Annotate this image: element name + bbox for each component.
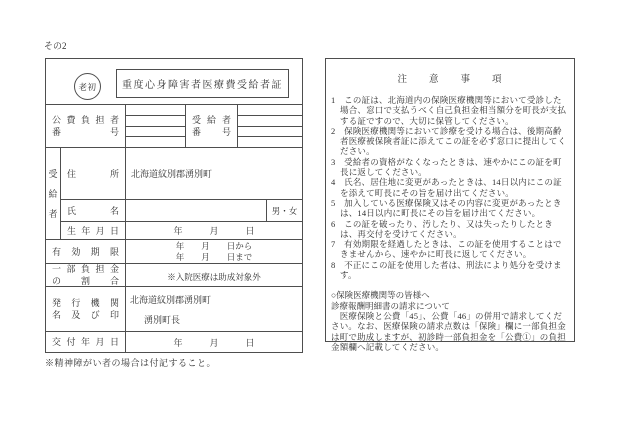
certificate-table: 老初 重度心身障害者医療費受給者証 公費負担者 番号 受給者 番号 [45, 58, 303, 353]
validity-label: 有効期限 [46, 240, 126, 263]
caution-item-3: 3 受給者の資格がなくなったときは、速やかにこの証を町長に返してください。 [331, 157, 569, 178]
issuer-label: 発行機関 名及び印 [46, 287, 126, 331]
recipient-number-label-line1: 受給者 [192, 114, 231, 126]
caution-item-4: 4 氏名、居住地に変更があったときは、14日以内にこの証を添えて町長にその旨を届… [331, 177, 569, 198]
issue-date-row: 交付年月日 年 月 日 [46, 331, 302, 352]
recipient-section: 受 給 者 住所 北海道紋別郡湧別町 氏名 男・女 生年月日 [46, 147, 302, 239]
validity-value: 年 月 日から 年 月 日まで [126, 240, 302, 263]
providers-heading: ○保険医療機関等の皆様へ [331, 290, 569, 300]
cautions-panel: 注 意 事 項 1 この証は、北海道内の保険医療機関等において受診した場合、窓口… [325, 58, 575, 342]
gender-options: 男・女 [266, 200, 302, 221]
address-value: 北海道紋別郡湧別町 [126, 148, 302, 199]
number-entry-line [126, 127, 185, 138]
stamp-label: 老初 [78, 81, 96, 93]
number-row: 公費負担者 番号 受給者 番号 [46, 104, 302, 147]
issuer-value: 北海道紋別郡湧別町 湧別町長 [126, 287, 302, 331]
recipient-number-label: 受給者 番号 [186, 105, 238, 147]
certificate-title: 重度心身障害者医療費受給者証 [122, 76, 283, 91]
certificate-title-box: 重度心身障害者医療費受給者証 [116, 69, 289, 98]
issuer-address: 北海道紋別郡湧別町 [130, 293, 302, 306]
address-row: 住所 北海道紋別郡湧別町 [61, 148, 302, 199]
validity-row: 有効期限 年 月 日から 年 月 日まで [46, 239, 302, 263]
mental-disability-footnote: ※精神障がい者の場合は付記すること。 [45, 356, 216, 369]
number-entry-line [238, 127, 302, 138]
name-label: 氏名 [61, 200, 126, 221]
recipient-group-label: 受 給 者 [46, 148, 61, 239]
recipient-number-field [238, 105, 302, 147]
number-entry-line [126, 137, 185, 147]
caution-item-8: 8 不正にこの証を使用した者は、刑法により処分を受けます。 [331, 260, 569, 281]
scanned-certificate-document: { "page": { "corner_label": "その2", "foot… [0, 0, 630, 440]
copay-row: 一部負担金 の割合 ※入院医療は助成対象外 [46, 263, 302, 286]
caution-item-1: 1 この証は、北海道内の保険医療機関等において受診した場合、窓口で支払うべく自己… [331, 95, 569, 126]
number-entry-line [126, 116, 185, 127]
birthdate-label: 生年月日 [61, 222, 126, 239]
address-label: 住所 [61, 148, 126, 199]
birthdate-value: 年 月 日 [126, 222, 302, 239]
copay-note: ※入院医療は助成対象外 [126, 264, 302, 286]
providers-body: 医療保険と公費「45」、公費「46」の併用で請求してください。なお、医療保険の請… [331, 311, 569, 352]
payer-number-label-line1: 公費負担者 [52, 114, 119, 126]
copay-label: 一部負担金 の割合 [46, 264, 126, 286]
payer-number-label-line2: 番号 [52, 126, 119, 138]
issuer-mayor: 湧別町長 [130, 313, 302, 326]
caution-item-7: 7 有効期限を経過したときは、この証を使用することはできませんから、速やかに町長… [331, 239, 569, 260]
issuer-row: 発行機関 名及び印 北海道紋別郡湧別町 湧別町長 [46, 286, 302, 331]
providers-subheading: 診療報酬明細書の請求について [331, 301, 569, 311]
cautions-title: 注 意 事 項 [331, 71, 569, 85]
name-value [126, 200, 266, 221]
payer-number-field [126, 105, 186, 147]
number-entry-line [238, 105, 302, 116]
birthdate-row: 生年月日 年 月 日 [61, 221, 302, 239]
caution-item-2: 2 保険医療機関等において診療を受ける場合は、後期高齢者医療被保険者証に添えてこ… [331, 126, 569, 157]
sheet-number-label: その2 [44, 39, 67, 52]
caution-item-5: 5 加入している医療保険又はその内容に変更があったときは、14日以内に町長にその… [331, 198, 569, 219]
issue-date-label: 交付年月日 [46, 332, 126, 352]
number-entry-line [238, 116, 302, 127]
certificate-title-row: 老初 重度心身障害者医療費受給者証 [46, 59, 302, 104]
number-entry-line [126, 105, 185, 116]
caution-item-6: 6 この証を破ったり、汚したり、又は失ったりしたときは、再交付を受けてください。 [331, 219, 569, 240]
issue-date-value: 年 月 日 [126, 332, 302, 352]
name-row: 氏名 男・女 [61, 199, 302, 221]
elderly-first-visit-stamp: 老初 [74, 73, 101, 100]
recipient-number-label-line2: 番号 [192, 126, 231, 138]
payer-number-label: 公費負担者 番号 [46, 105, 126, 147]
number-entry-line [238, 137, 302, 147]
